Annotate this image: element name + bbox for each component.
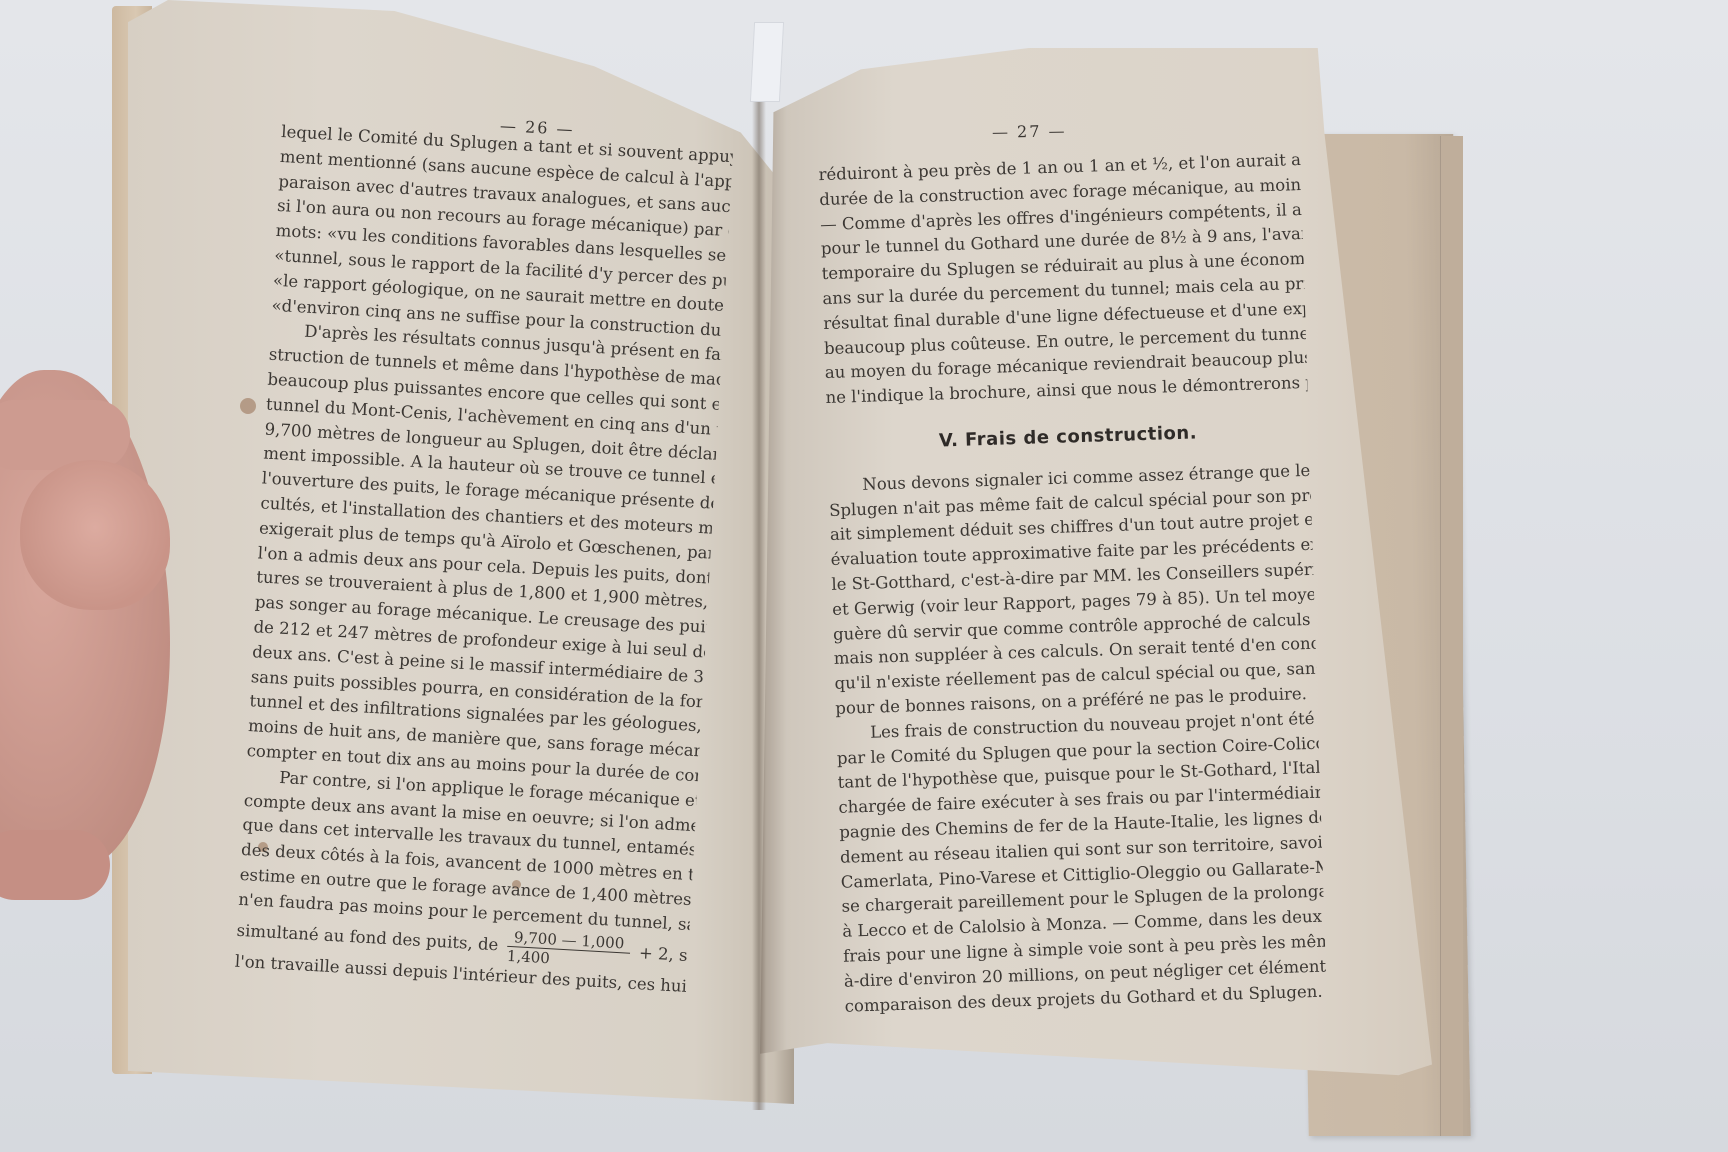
page-stack-edge <box>1440 136 1463 1136</box>
section-heading: V. Frais de construction. <box>827 418 1310 458</box>
right-paragraph-3: Les frais de construction du nouveau pro… <box>836 706 1327 1019</box>
formula-suffix: + 2, soit 8.2 ans. Si <box>639 943 689 971</box>
right-page-text: réduiront à peu près de 1 an ou 1 an et … <box>818 148 1327 1019</box>
right-paragraph-2: Nous devons signaler ici comme assez étr… <box>828 459 1318 722</box>
left-paragraph-1: lequel le Comité du Splugen a tant et si… <box>271 120 733 343</box>
foxing-stain <box>240 398 256 414</box>
left-paragraph-2: D'après les résultats connus jusqu'à pré… <box>246 318 722 789</box>
fraction: 9,700 — 1,000 1,400 <box>506 927 630 971</box>
bookmark-slip <box>750 22 784 102</box>
left-paragraph-3: Par contre, si l'on applique le forage m… <box>234 764 697 999</box>
formula-prefix: simultané au fond des puits, de <box>236 920 499 954</box>
right-paragraph-1: réduiront à peu près de 1 an ou 1 an et … <box>818 148 1308 411</box>
finger <box>0 400 130 470</box>
page-number-right: — 27 — <box>992 121 1067 141</box>
finger <box>0 830 110 900</box>
book-gutter <box>752 90 766 1110</box>
left-page-text: lequel le Comité du Splugen a tant et si… <box>234 120 733 999</box>
